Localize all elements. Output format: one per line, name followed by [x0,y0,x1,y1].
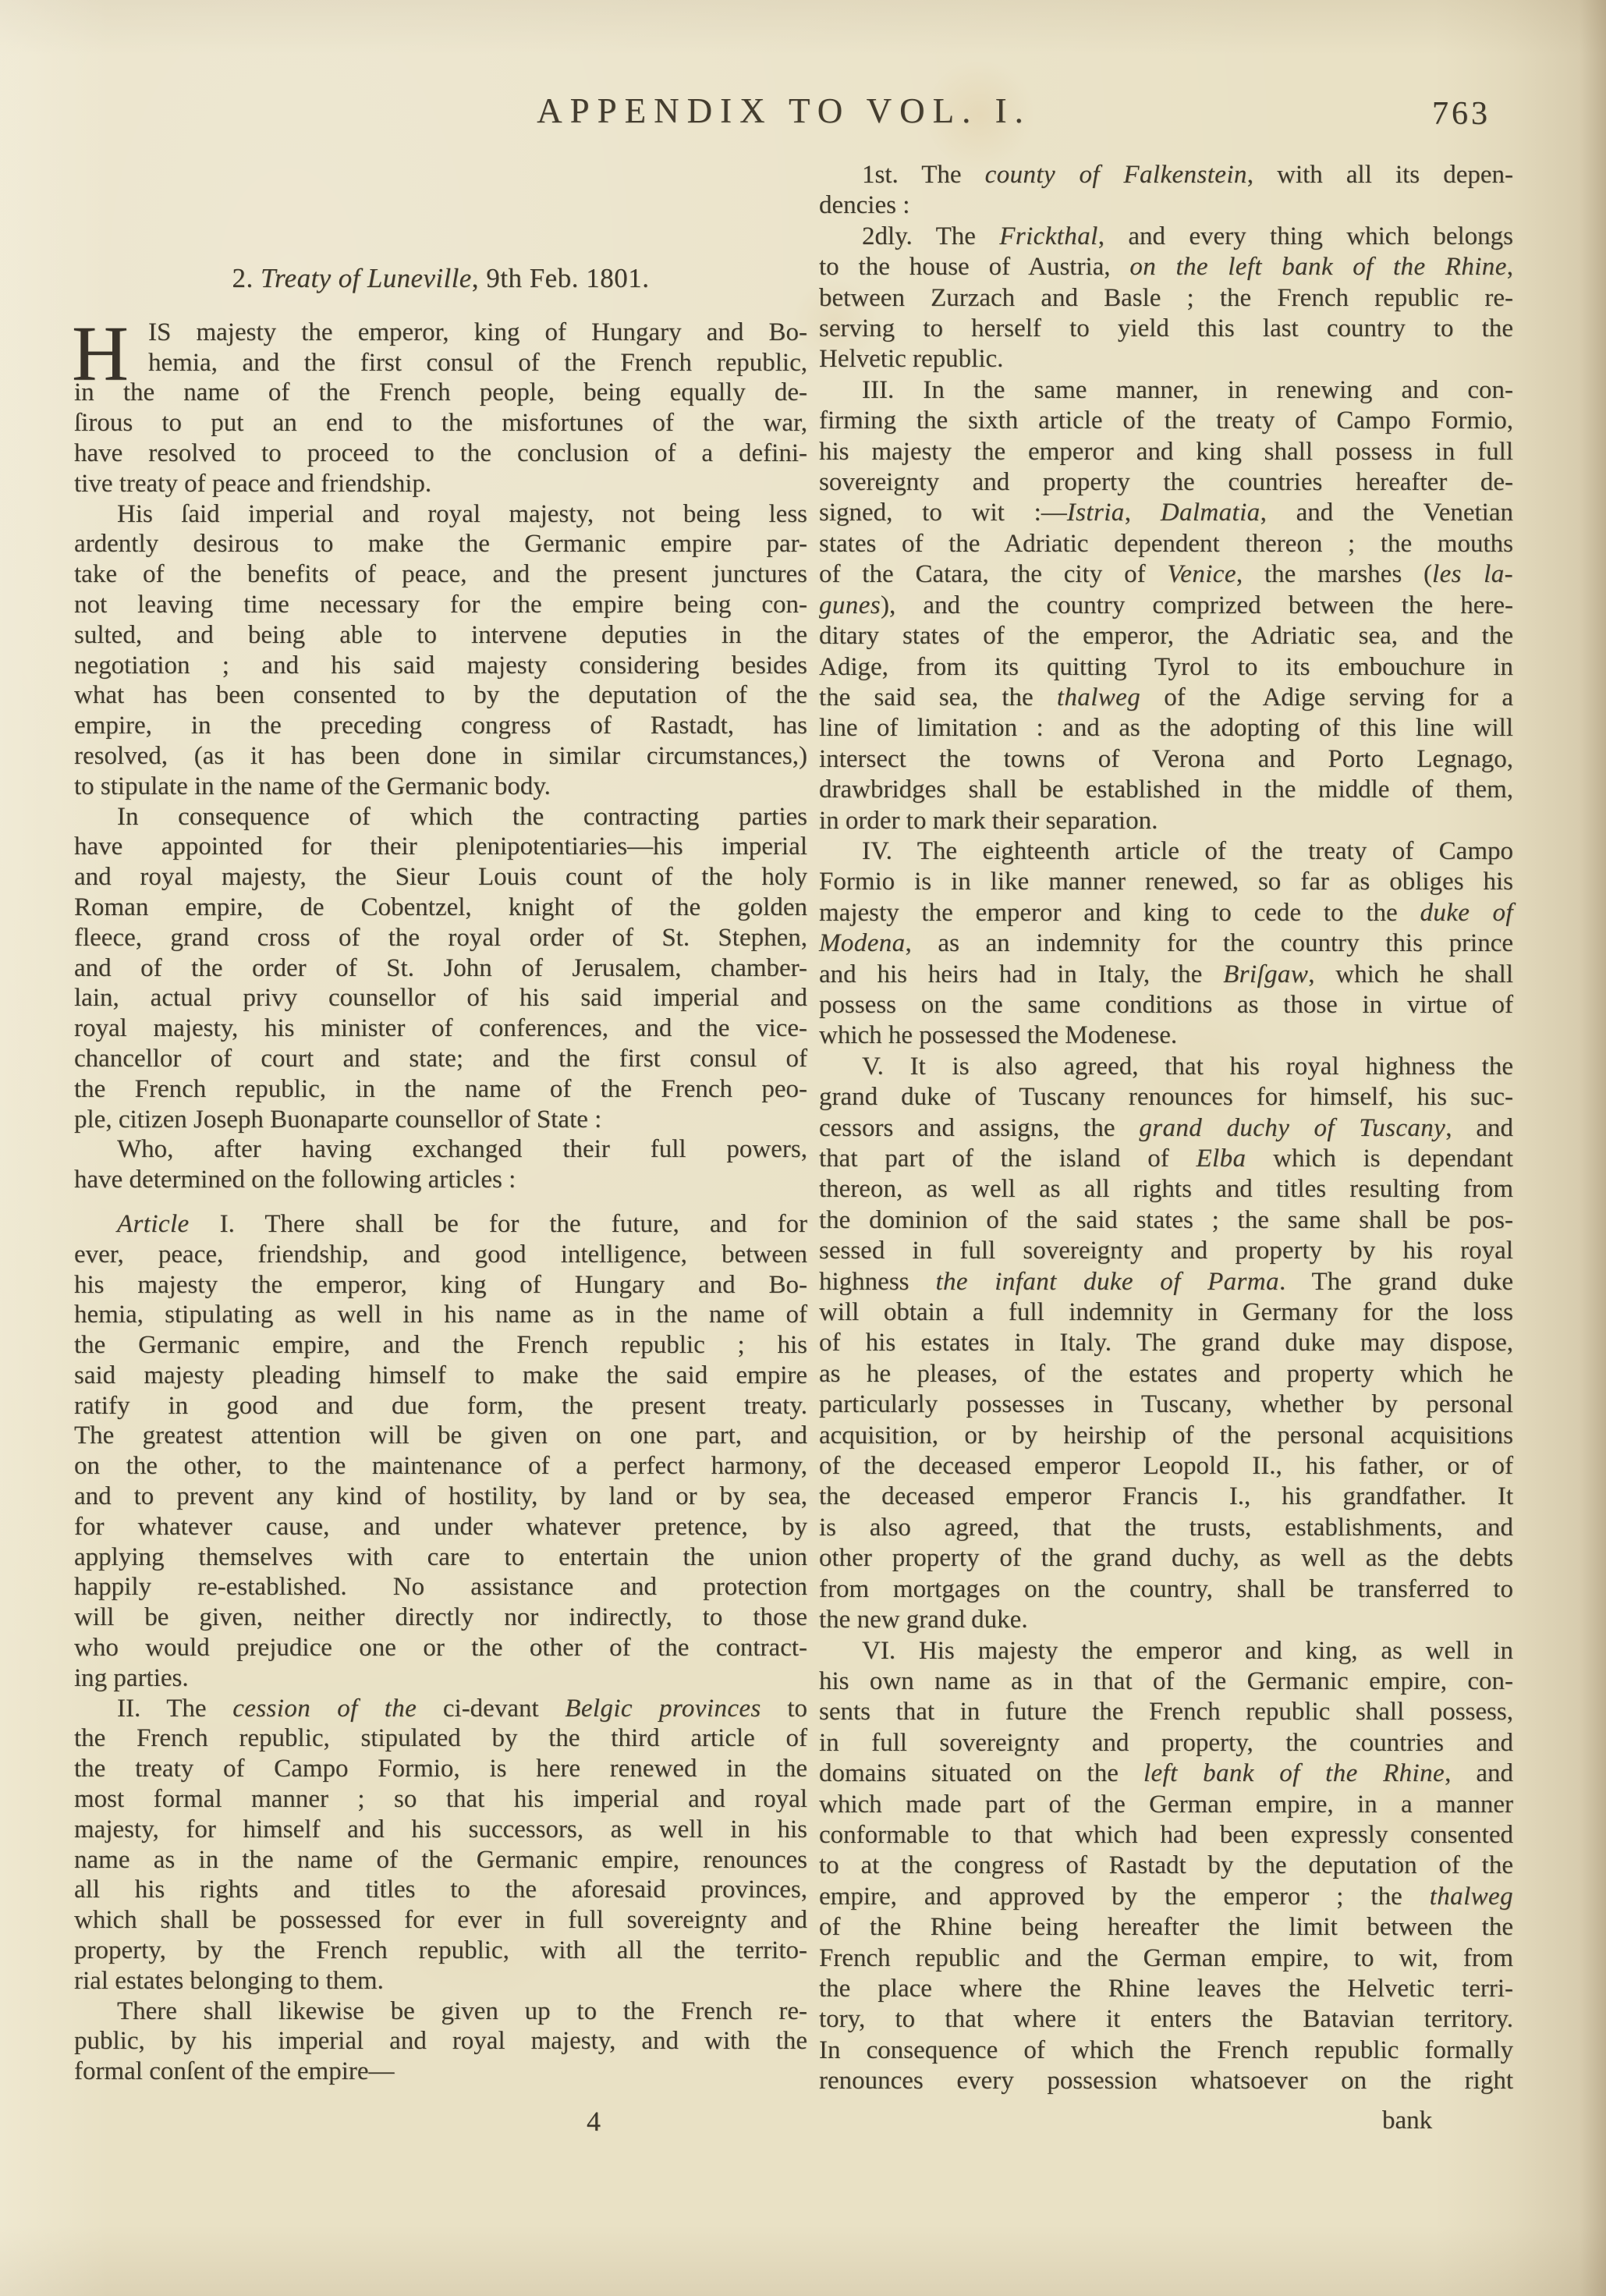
text-line: highness the infant duke of Parma. The g… [819,1267,1513,1297]
text-line: French republic and the German empire, t… [819,1943,1513,1974]
text-line: the dominion of the said states ; the sa… [819,1205,1513,1236]
scanned-book-page: APPENDIX TO VOL. I. 763 2. Treaty of Lun… [0,0,1606,2296]
text-line: and of the order of St. John of Jerusale… [74,953,807,984]
paragraph: His ſaid imperial and royal majesty, not… [74,499,807,802]
text-line: which he possessed the Modenese. [819,1020,1513,1051]
text-line: hemia, stipulating as well in his name a… [74,1300,807,1330]
text-line: majesty the emperor and king to cede to … [819,898,1513,928]
text-line: said majesty pleading himself to make th… [74,1361,807,1391]
text-line: ſirous to put an end to the misfortunes … [74,408,807,438]
text-line: VI. His majesty the emperor and king, as… [819,1636,1513,1666]
text-line: who would prejudice one or the other of … [74,1633,807,1663]
text-line: name as in the name of the Germanic empi… [74,1845,807,1875]
text-line: Roman empire, de Cobentzel, knight of th… [74,892,807,923]
catchword: bank [1382,2106,1432,2135]
paragraph: Who, after having exchanged their full p… [74,1134,807,1195]
text-line: signed, to wit :—Istria, Dalmatia, and t… [819,498,1513,528]
text-line: take of the benefits of peace, and the p… [74,559,807,590]
text-line: will be given, neither directly nor indi… [74,1602,807,1633]
text-line: happily re-established. No assistance an… [74,1572,807,1602]
text-line: formal conſent of the empire— [74,2056,807,2087]
text-line: ple, citizen Joseph Buonaparte counsello… [74,1105,807,1135]
text-line: sents that in future the French republic… [819,1697,1513,1727]
text-line: is also agreed, that the trusts, establi… [819,1513,1513,1543]
text-line: domains situated on the left bank of the… [819,1758,1513,1789]
text-line: royal majesty, his minister of conferenc… [74,1013,807,1044]
paragraph: III. In the same manner, in renewing and… [819,375,1513,836]
text-line: In consequence of which the French repub… [819,2035,1513,2066]
text-line: most formal manner ; so that his imperia… [74,1784,807,1815]
text-line: that part of the island of Elba which is… [819,1144,1513,1174]
text-line: applying themselves with care to enterta… [74,1542,807,1573]
text-line: hemia, and the first consul of the Frenc… [148,348,807,378]
text-line: lain, actual privy counsellor of his sai… [74,983,807,1013]
text-line: on the other, to the maintenance of a pe… [74,1451,807,1482]
text-line: in order to mark their separation. [819,806,1513,836]
text-line: Who, after having exchanged their full p… [74,1134,807,1165]
text-line: not leaving time necessary for the empir… [74,590,807,620]
text-line: ardently desirous to make the Germanic e… [74,529,807,559]
text-line: renounces every possession whatsoever on… [819,2066,1513,2096]
text-line: as he pleases, of the estates and proper… [819,1359,1513,1389]
text-line: empire, and approved by the emperor ; th… [819,1882,1513,1912]
text-line: which made part of the German empire, in… [819,1790,1513,1820]
text-line: ditary states of the emperor, the Adriat… [819,621,1513,651]
text-line: other property of the grand duchy, as we… [819,1543,1513,1574]
text-line: conformable to that which had been expre… [819,1820,1513,1851]
text-line: sessed in full sovereignty and property … [819,1236,1513,1266]
text-line: There shall likewise be given up to the … [74,1996,807,2027]
text-line: Modena, as an indemnity for the country … [819,928,1513,959]
text-line: in the name of the French people, being … [74,378,807,408]
text-line: grand duke of Tuscany renounces for hims… [819,1082,1513,1113]
text-line: His ſaid imperial and royal majesty, not… [74,499,807,530]
text-line: thereon, as well as all rights and title… [819,1174,1513,1205]
text-line: Adige, from its quitting Tyrol to its em… [819,652,1513,683]
text-line: ing parties. [74,1663,807,1694]
text-line: for whatever cause, and under whatever p… [74,1512,807,1542]
text-line: the treaty of Campo Formio, is here rene… [74,1754,807,1784]
right-column: 1st. The county of Falkenstein, with all… [819,160,1513,2097]
paragraph: II. The cession of the ci-devant Belgic … [74,1694,807,1996]
text-line: property, by the French republic, with a… [74,1936,807,1966]
text-line: 2dly. The Frickthal, and every thing whi… [819,222,1513,252]
text-line: of the deceased emperor Leopold II., his… [819,1451,1513,1482]
text-line: cessors and assigns, the grand duchy of … [819,1113,1513,1144]
text-line: II. The cession of the ci-devant Belgic … [74,1694,807,1724]
paragraph: 1st. The county of Falkenstein, with all… [819,160,1513,222]
text-line: possess on the same conditions as those … [819,990,1513,1020]
right-column-body: 1st. The county of Falkenstein, with all… [819,160,1513,2097]
text-line: particularly possesses in Tuscany, wheth… [819,1389,1513,1420]
text-line: 1st. The county of Falkenstein, with all… [819,160,1513,190]
left-column-body: HIS majesty the emperor, king of Hungary… [74,318,807,2087]
text-line: the French republic, stipulated by the t… [74,1723,807,1754]
text-line: from mortgages on the country, shall be … [819,1574,1513,1605]
paragraph: VI. His majesty the emperor and king, as… [819,1636,1513,2097]
text-line: tive treaty of peace and friendship. [74,469,807,499]
text-line: rial estates belonging to them. [74,1966,807,1996]
page-number: 763 [1432,95,1491,133]
text-line: fleece, grand cross of the royal order o… [74,923,807,953]
paragraph: HIS majesty the emperor, king of Hungary… [74,318,807,499]
text-line: between Zurzach and Basle ; the French r… [819,283,1513,314]
text-line: of his estates in Italy. The grand duke … [819,1328,1513,1358]
paragraph: There shall likewise be given up to the … [74,1996,807,2087]
text-line: all his rights and titles to the aforesa… [74,1875,807,1905]
text-line: serving to herself to yield this last co… [819,314,1513,344]
text-line: have appointed for their plenipotentiari… [74,832,807,862]
running-header-title: APPENDIX TO VOL. I. [0,90,1568,131]
text-line: and to prevent any kind of hostility, by… [74,1482,807,1512]
text-line: to at the congress of Rastadt by the dep… [819,1851,1513,1881]
paragraph: Article I. There shall be for the future… [74,1209,807,1694]
text-line: gunes), and the country comprized betwee… [819,591,1513,621]
text-line: tory, to that where it enters the Batavi… [819,2004,1513,2035]
section-heading: 2. Treaty of Luneville, 9th Feb. 1801. [74,264,807,294]
text-line: the place where the Rhine leaves the Hel… [819,1974,1513,2004]
paragraph: IV. The eighteenth article of the treaty… [819,836,1513,1052]
text-line: In consequence of which the contracting … [74,802,807,832]
drop-cap: H [72,323,129,384]
text-line: Helvetic republic. [819,344,1513,374]
text-line: and his heirs had in Italy, the Briſgaw,… [819,960,1513,990]
text-line: have determined on the following article… [74,1165,807,1195]
text-line: in full sovereignty and property, the co… [819,1728,1513,1758]
text-line: sovereignty and property the countries h… [819,467,1513,498]
text-line: which shall be possessed for ever in ful… [74,1905,807,1936]
text-line: and royal majesty, the Sieur Louis count… [74,862,807,892]
text-line: to the house of Austria, on the left ban… [819,252,1513,282]
text-line: majesty, for himself and his successors,… [74,1815,807,1845]
text-line: the French republic, in the name of the … [74,1074,807,1105]
text-line: his majesty the emperor, king of Hungary… [74,1270,807,1301]
text-line: states of the Adriatic dependent thereon… [819,529,1513,559]
text-line: resolved, (as it has been done in simila… [74,741,807,772]
text-line: the deceased emperor Francis I., his gra… [819,1482,1513,1512]
text-line: the Germanic empire, and the French repu… [74,1330,807,1361]
text-line: line of limitation : and as the adopting… [819,713,1513,743]
text-line: negotiation ; and his said majesty consi… [74,651,807,681]
text-line: IS majesty the emperor, king of Hungary … [148,318,807,348]
text-line: public, by his imperial and royal majest… [74,2026,807,2056]
text-line: have resolved to proceed to the conclusi… [74,438,807,469]
text-line: V. It is also agreed, that his royal hig… [819,1052,1513,1082]
text-line: The greatest attention will be given on … [74,1421,807,1451]
text-line: empire, in the preceding congress of Ras… [74,711,807,741]
text-line: the new grand duke. [819,1605,1513,1635]
text-line: his own name as in that of the Germanic … [819,1666,1513,1697]
text-line: intersect the towns of Verona and Porto … [819,744,1513,775]
paragraph: 2dly. The Frickthal, and every thing whi… [819,222,1513,375]
text-line: of the Catara, the city of Venice, the m… [819,559,1513,590]
text-line: ratify in good and due form, the present… [74,1391,807,1421]
text-line: III. In the same manner, in renewing and… [819,375,1513,406]
text-line: chancellor of court and state; and the f… [74,1044,807,1074]
text-line: to stipulate in the name of the Germanic… [74,772,807,802]
text-line: ever, peace, friendship, and good intell… [74,1240,807,1270]
paragraph: V. It is also agreed, that his royal hig… [819,1052,1513,1636]
text-line: acquisition, or by heirship of the perso… [819,1421,1513,1451]
text-line: firming the sixth article of the treaty … [819,406,1513,436]
text-line: IV. The eighteenth article of the treaty… [819,836,1513,867]
paragraph: In consequence of which the contracting … [74,802,807,1135]
text-line: sulted, and being able to intervene depu… [74,620,807,651]
text-line: will obtain a full indemnity in Germany … [819,1297,1513,1328]
left-column: 2. Treaty of Luneville, 9th Feb. 1801. H… [74,264,807,2087]
text-line: what has been consented to by the deputa… [74,680,807,711]
text-line: of the Rhine being hereafter the limit b… [819,1912,1513,1943]
text-line: dencies : [819,190,1513,221]
text-line: Formio is in like manner renewed, so far… [819,867,1513,897]
signature-mark: 4 [587,2105,601,2138]
text-line: drawbridges shall be established in the … [819,775,1513,805]
text-line: his majesty the emperor and king shall p… [819,437,1513,467]
text-line: Article I. There shall be for the future… [74,1209,807,1240]
text-line: the said sea, the thalweg of the Adige s… [819,683,1513,713]
